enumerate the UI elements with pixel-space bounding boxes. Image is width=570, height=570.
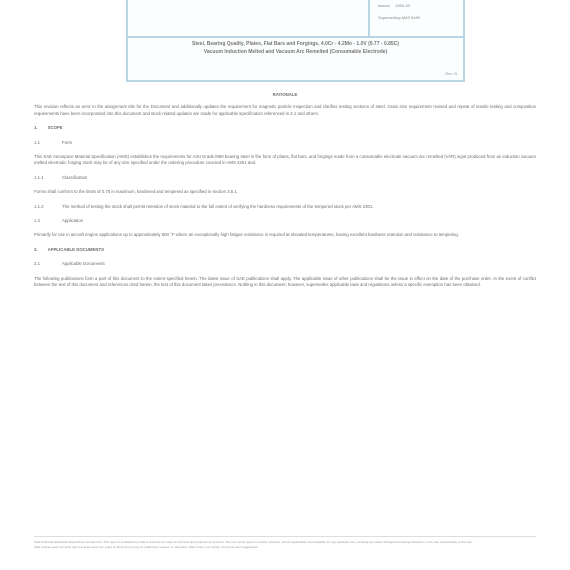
- revision-label: Rev. B: [445, 71, 457, 76]
- section-number: 1.: [34, 125, 38, 131]
- document-footer: SAE Technical Standards Board Rules prov…: [34, 536, 536, 549]
- section-title: Applicable Documents: [62, 261, 105, 267]
- subsection-heading: 1.1.2The method of testing the stock sha…: [34, 204, 536, 210]
- section-paragraph: Forms shall conform to the limits of 0.7…: [34, 189, 536, 195]
- section-number: 1.2: [34, 218, 52, 224]
- superseding-label: Superseding AMS 6490: [378, 15, 420, 20]
- section-number: 1.1: [34, 140, 52, 146]
- title-line-1: Steel, Bearing Quality, Plates, Flat Bar…: [140, 40, 451, 48]
- rationale-heading: RATIONALE: [34, 92, 536, 98]
- section-title: Application: [62, 218, 83, 224]
- rationale-text: This revision reflects an error in the a…: [34, 104, 536, 117]
- subsection-heading: 1.1.1Classification: [34, 175, 536, 181]
- section-number: 1.1.1: [34, 175, 52, 181]
- section-title: APPLICABLE DOCUMENTS: [48, 247, 104, 253]
- superseding-row: Superseding AMS 6490: [372, 12, 463, 24]
- section-heading: 2.APPLICABLE DOCUMENTS: [34, 247, 536, 253]
- issued-value: 2000-03: [395, 3, 410, 8]
- section-number: 2.1: [34, 261, 52, 267]
- header-top-row: Issued 2000-03 Superseding AMS 6490: [128, 0, 463, 38]
- section-paragraph: This SAE Aerospace Material Specificatio…: [34, 154, 536, 167]
- section-title: The method of testing the stock shall pe…: [62, 204, 373, 210]
- section-number: 1.1.2: [34, 204, 52, 210]
- title-line-2: Vacuum Induction Melted and Vacuum Arc R…: [140, 48, 451, 56]
- footer-line-1: SAE Technical Standards Board Rules prov…: [34, 540, 536, 545]
- subsection-heading: 1.2Application: [34, 218, 536, 224]
- header-meta: Issued 2000-03 Superseding AMS 6490: [372, 0, 463, 36]
- header-logo-area: [128, 0, 370, 36]
- footer-line-2: SAE reviews each technical report at lea…: [34, 545, 536, 550]
- issued-label: Issued: [378, 3, 390, 8]
- section-paragraph: Primarily for use in aircraft engine app…: [34, 232, 536, 238]
- section-title: Form: [62, 140, 72, 146]
- subsection-heading: 1.1Form: [34, 140, 536, 146]
- section-title: Classification: [62, 175, 87, 181]
- section-title: SCOPE: [48, 125, 63, 131]
- issued-row: Issued 2000-03: [372, 0, 463, 12]
- section-heading: 1.SCOPE: [34, 125, 536, 131]
- subsection-heading: 2.1Applicable Documents: [34, 261, 536, 267]
- sections: 1.SCOPE1.1FormThis SAE Aerospace Materia…: [34, 125, 536, 288]
- document-body: RATIONALE This revision reflects an erro…: [34, 92, 536, 297]
- document-header-box: Issued 2000-03 Superseding AMS 6490 Stee…: [126, 0, 465, 82]
- section-paragraph: The following publications form a part o…: [34, 276, 536, 289]
- document-title: Steel, Bearing Quality, Plates, Flat Bar…: [128, 40, 463, 56]
- section-number: 2.: [34, 247, 38, 253]
